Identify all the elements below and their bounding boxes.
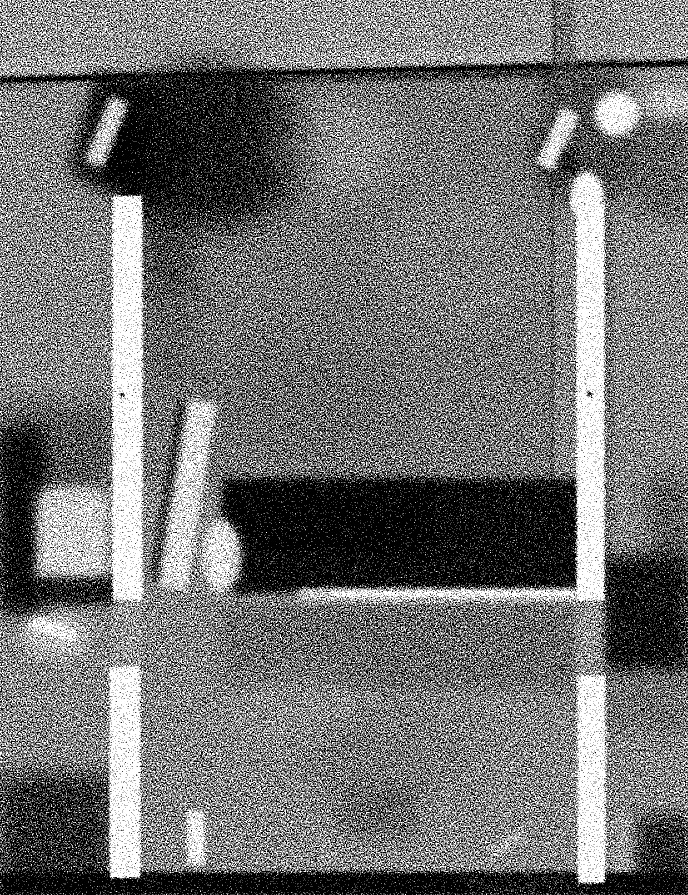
fade-below-dark-patch — [604, 670, 688, 732]
floor-streak-dark — [344, 788, 416, 836]
under-blob-shadow — [38, 577, 118, 604]
panel-sheen-mid — [380, 185, 550, 325]
floor-mottle-lighter — [225, 658, 365, 738]
background-leg-small — [188, 811, 204, 864]
right-edge-shade — [650, 477, 688, 572]
dark-patch-right-of-leg — [604, 558, 688, 672]
seat-front-strip-core — [330, 591, 572, 597]
shade-right-of-cluster — [636, 116, 688, 218]
photo-canvas — [0, 0, 688, 895]
joint-dark-notch — [558, 149, 578, 175]
left-leg-gap-hint — [113, 600, 141, 668]
shade-line-right-of-leg — [604, 215, 612, 560]
panel-left-shade-upper — [145, 88, 191, 288]
light-patch-right-of-leg — [615, 816, 639, 874]
right-leg-upper — [577, 205, 604, 600]
panel-right-edge — [551, 150, 554, 485]
photo-frame — [0, 0, 688, 895]
panel-left-shade-lower — [147, 270, 195, 380]
panel-sheen-top — [263, 97, 407, 193]
left-leg-upper — [113, 196, 142, 600]
knob-highlight — [596, 93, 638, 135]
under-seat-shadow-dense — [228, 486, 433, 552]
right-leg-lower — [578, 676, 605, 883]
right-leg-screw — [587, 391, 593, 397]
left-leg-screw — [119, 392, 125, 398]
right-leg-gap-hint — [578, 600, 604, 677]
strut-bright-foot — [204, 520, 242, 592]
bottom-band-mottle — [468, 875, 593, 895]
halftone-photo — [0, 0, 688, 895]
side-bright-blob — [36, 489, 106, 583]
left-leg-lower — [110, 667, 140, 878]
panel-shade-low — [205, 340, 395, 450]
